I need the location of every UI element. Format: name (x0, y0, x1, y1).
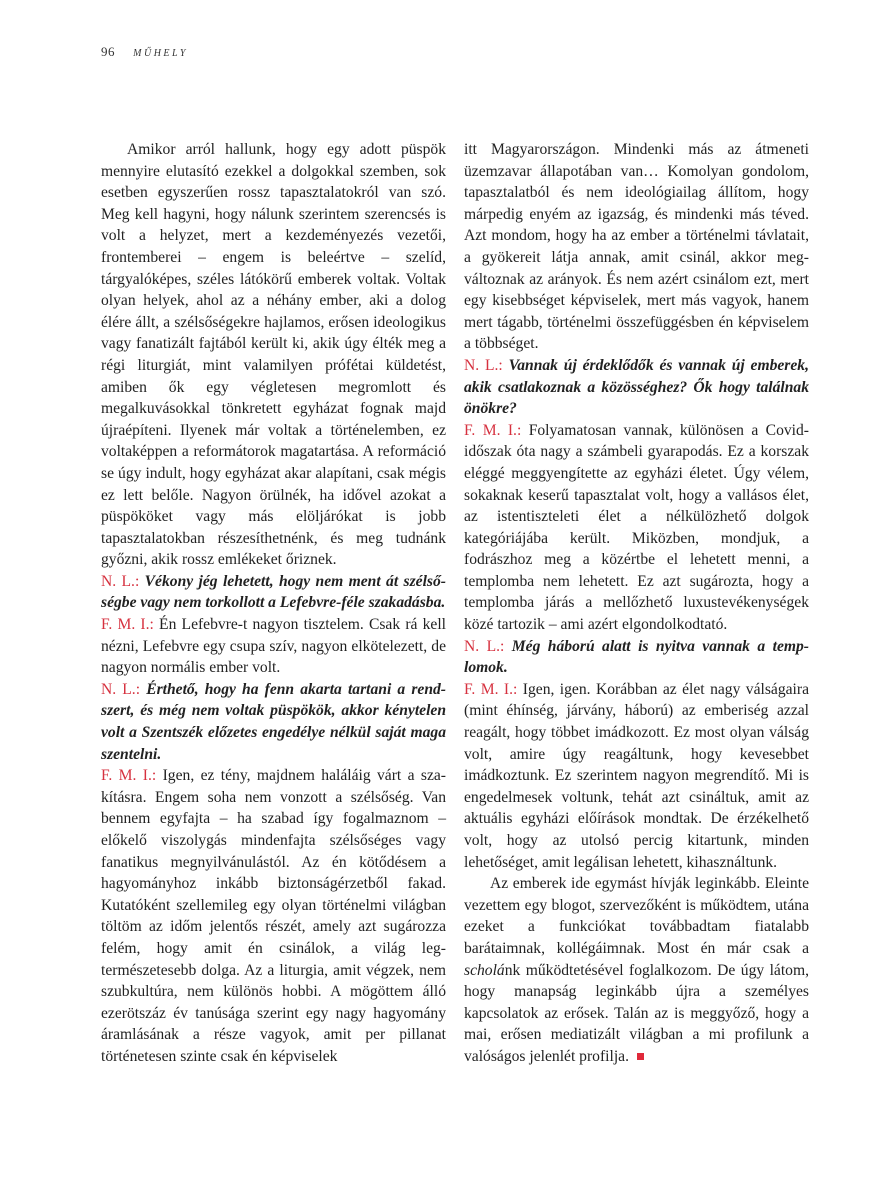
answer-text: Folyamatosan vannak, különösen a Covid-i… (464, 422, 809, 633)
speaker-label: F. M. I.: (464, 422, 521, 439)
text-run: Az emberek ide egymást hívják leginkább.… (464, 875, 809, 957)
paragraph: Amikor arról hallunk, hogy egy adott püs… (101, 139, 446, 571)
interview-question: N. L.: Vékony jég lehetett, hogy nem men… (101, 571, 446, 614)
end-mark-square-icon (637, 1053, 644, 1060)
speaker-label: N. L.: (101, 681, 140, 698)
speaker-label: N. L.: (101, 573, 139, 590)
closing-paragraph: Az emberek ide egymást hívják leginkább.… (464, 873, 809, 1067)
speaker-label: F. M. I.: (464, 681, 517, 698)
interview-question: N. L.: Érthető, hogy ha fenn akarta tart… (101, 679, 446, 765)
question-text: Vannak új érdeklődők és vannak új embere… (464, 357, 809, 417)
question-text: Érthető, hogy ha fenn akarta tartani a r… (101, 681, 446, 763)
left-column: Amikor arról hallunk, hogy egy adott püs… (101, 139, 446, 1068)
speaker-label: F. M. I.: (101, 616, 154, 633)
interview-answer: F. M. I.: Igen, ez tény, majdnem halálái… (101, 765, 446, 1067)
answer-text: Igen, igen. Korábban az élet nagy válság… (464, 681, 809, 871)
question-text: Még háború alatt is nyitva vannak a temp… (464, 638, 809, 677)
paragraph: itt Magyarországon. Mindenki más az átme… (464, 139, 809, 355)
speaker-label: N. L.: (464, 638, 504, 655)
speaker-label: F. M. I.: (101, 767, 156, 784)
right-column: itt Magyarországon. Mindenki más az átme… (464, 139, 809, 1068)
interview-answer: F. M. I.: Én Lefebvre-t nagyon tisztelem… (101, 614, 446, 679)
section-title: MŰHELY (133, 48, 188, 59)
interview-answer: F. M. I.: Folyamatosan vannak, különösen… (464, 420, 809, 636)
interview-answer: F. M. I.: Igen, igen. Korábban az élet n… (464, 679, 809, 873)
text-run: nk működtetésével foglalkozom. De úgy lá… (464, 962, 809, 1065)
question-text: Vékony jég lehetett, hogy nem ment át sz… (101, 573, 446, 612)
answer-text: Igen, ez tény, majdnem haláláig várt a s… (101, 767, 446, 1065)
interview-question: N. L.: Még háború alatt is nyitva vannak… (464, 636, 809, 679)
emphasis-text: scholá (464, 962, 505, 979)
speaker-label: N. L.: (464, 357, 503, 374)
running-head: 96 MŰHELY (101, 44, 188, 60)
page-number: 96 (101, 44, 115, 59)
interview-question: N. L.: Vannak új érdeklődők és vannak új… (464, 355, 809, 420)
